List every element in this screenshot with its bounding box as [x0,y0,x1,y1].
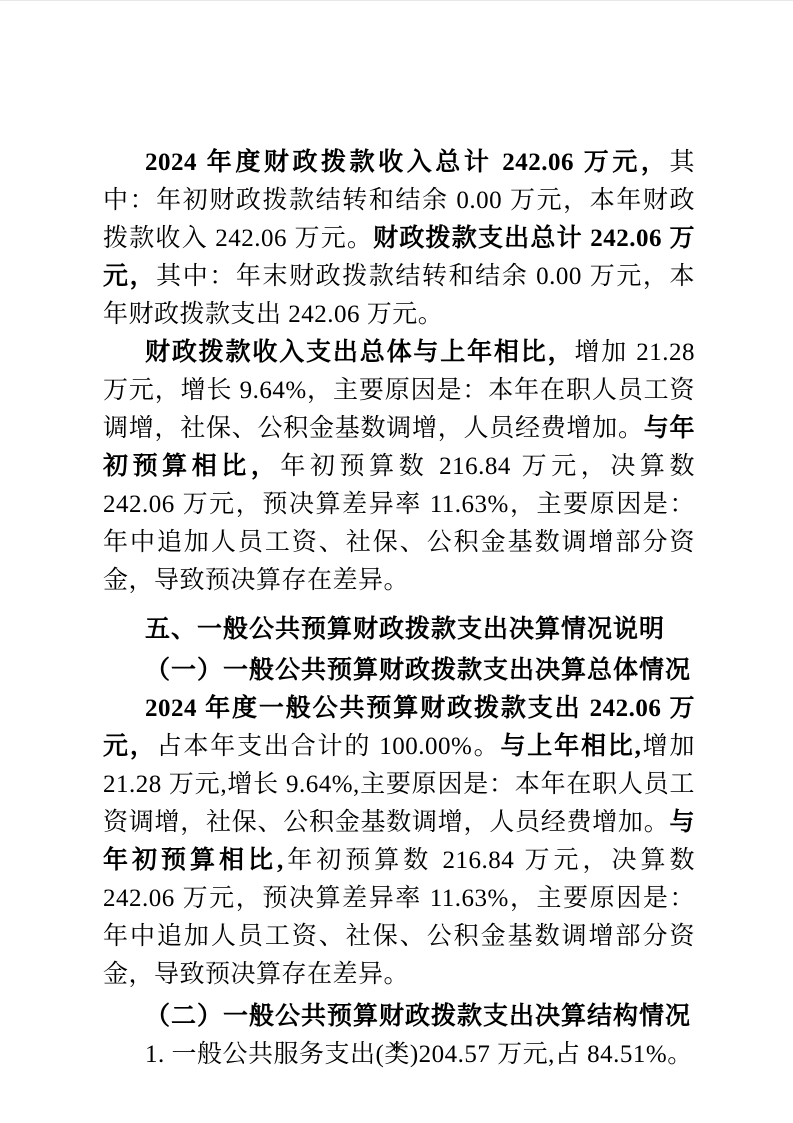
bold-run-vs-last-year: 财政拨款收入支出总体与上年相比， [145,339,574,366]
bold-run-vs-last-year: 与上年相比, [500,733,641,760]
subsection-heading-one: （一）一般公共预算财政拨款支出决算总体情况 [103,652,695,690]
paragraph-fiscal-appropriation-totals: 2024 年度财政拨款收入总计 242.06 万元，其中：年初财政拨款结转和结余… [103,144,695,334]
text-run: 其中：年末财政拨款结转和结余 0.00 万元，本年财政拨款支出 242.06 万… [103,263,695,328]
subsection-heading-two: （二）一般公共预算财政拨款支出决算结构情况 [103,998,695,1036]
bold-run-income-total: 2024 年度财政拨款收入总计 242.06 万元， [145,149,669,176]
section-heading-five: 五、一般公共预算财政拨款支出决算情况说明 [103,610,695,648]
paragraph-general-budget-expenditure: 2024 年度一般公共预算财政拨款支出 242.06 万元，占本年支出合计的 1… [103,690,695,994]
document-page: 2024 年度财政拨款收入总计 242.06 万元，其中：年初财政拨款结转和结余… [0,0,793,1123]
text-run: 占本年支出合计的 100.00%。 [157,733,501,760]
paragraph-yearly-comparison: 财政拨款收入支出总体与上年相比，增加 21.28 万元，增长 9.64%，主要原… [103,334,695,600]
page-number: 6 [0,1039,793,1057]
document-body: 2024 年度财政拨款收入总计 242.06 万元，其中：年初财政拨款结转和结余… [103,144,695,1074]
